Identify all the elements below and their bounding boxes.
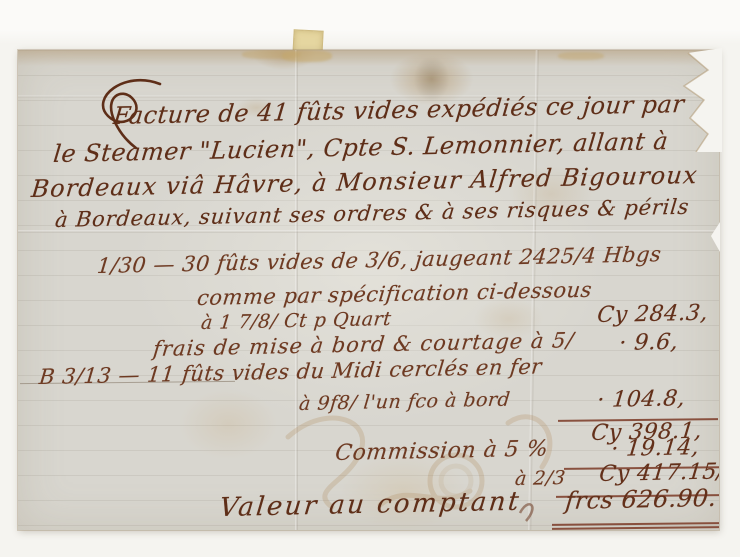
amount-284-3: Cy 284.3, (596, 301, 709, 328)
cut-off-pen-stroke (520, 504, 532, 521)
letter-paper: Facture de 41 fûts vides expédiés ce jou… (18, 50, 719, 530)
entry-fco-bord: à 9f8/ l'un fco à bord (298, 389, 511, 415)
amount-626-90: frcs 626.90. (564, 484, 718, 515)
edge-nick (708, 222, 720, 252)
entry-11-futs: B 3/13 — 11 fûts vides du Midi cerclés e… (38, 354, 543, 389)
amount-104-8: · 104.8, (596, 386, 686, 413)
edge-stain (242, 50, 300, 59)
amount-9-6: · 9.6, (618, 330, 680, 356)
entry-commission: Commission à 5 % (334, 436, 549, 466)
total-rule-1 (552, 522, 719, 526)
entry-30-futs: 1/30 — 30 fûts vides de 3/6, jaugeant 24… (96, 242, 663, 278)
scanned-letter-photo: Facture de 41 fûts vides expédiés ce jou… (0, 0, 740, 557)
total-rule-2 (552, 526, 719, 530)
amount-417-15: Cy 417.15/ (598, 459, 719, 487)
entry-prix-quart: à 1 7/8/ Ct p Quart (200, 308, 392, 334)
entry-valeur-comptant: Valeur au comptant (218, 487, 522, 523)
torn-corner (676, 48, 722, 152)
amount-19-14: · 19.14, (610, 435, 700, 462)
edge-stain-right (558, 52, 604, 60)
